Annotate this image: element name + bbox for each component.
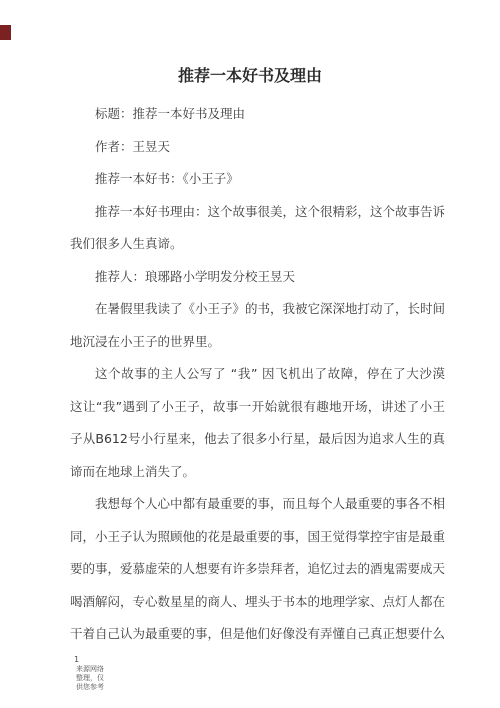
text-line: 在暑假里我读了《小王子》的书，我被它深深地打动了，长时间 xyxy=(70,293,445,326)
text-line: 干着自己认为最重要的事，但是他们好像没有弄懂自己真正想要什么 xyxy=(70,618,445,651)
text-line: 这个故事的主人公写了 “我” 因飞机出了故障，停在了大沙漠里， xyxy=(70,358,445,391)
text-line: 推荐人：琅琊路小学明发分校王昱天 xyxy=(70,261,445,294)
text-line: 谛而在地球上消失了。 xyxy=(70,456,445,489)
document-page: 推荐一本好书及理由 标题：推荐一本好书及理由作者：王昱天推荐一本好书：《小王子》… xyxy=(0,0,500,708)
corner-marker xyxy=(0,25,11,40)
page-number: 1 xyxy=(74,655,104,665)
text-line: 作者：王昱天 xyxy=(70,131,445,164)
text-line: 这让“我”遇到了小王子，故事一开始就很有趣地开场，讲述了小王 xyxy=(70,391,445,424)
document-body: 标题：推荐一本好书及理由作者：王昱天推荐一本好书：《小王子》推荐一本好书理由：这… xyxy=(70,98,445,651)
text-line: 喝酒解闷，专心数星星的商人、埋头于书本的地理学家、点灯人都在 xyxy=(70,586,445,619)
source-note-line: 来源网络 xyxy=(74,665,104,674)
text-line: 同，小王子认为照顾他的花是最重要的事，国王觉得掌控宇宙是最重 xyxy=(70,521,445,554)
text-line: 我们很多人生真谛。 xyxy=(70,228,445,261)
text-line: 我想每个人心中都有最重要的事，而且每个人最重要的事各不相 xyxy=(70,488,445,521)
text-line: 推荐一本好书：《小王子》 xyxy=(70,163,445,196)
text-line: 要的事，爱慕虚荣的人想要有许多崇拜者，追忆过去的酒鬼需要成天 xyxy=(70,553,445,586)
source-note-line: 供您参考 xyxy=(74,683,104,692)
text-line: 标题：推荐一本好书及理由 xyxy=(70,98,445,131)
source-note: 来源网络整理，仅供您参考 xyxy=(74,665,104,693)
text-line: 子从B612号小行星来，他去了很多小行星，最后因为追求人生的真 xyxy=(70,423,445,456)
text-line: 推荐一本好书理由：这个故事很美，这个很精彩，这个故事告诉 xyxy=(70,196,445,229)
text-line: 地沉浸在小王子的世界里。 xyxy=(70,326,445,359)
document-footer: 1 来源网络整理，仅供您参考 xyxy=(74,655,104,693)
document-title: 推荐一本好书及理由 xyxy=(0,63,500,86)
